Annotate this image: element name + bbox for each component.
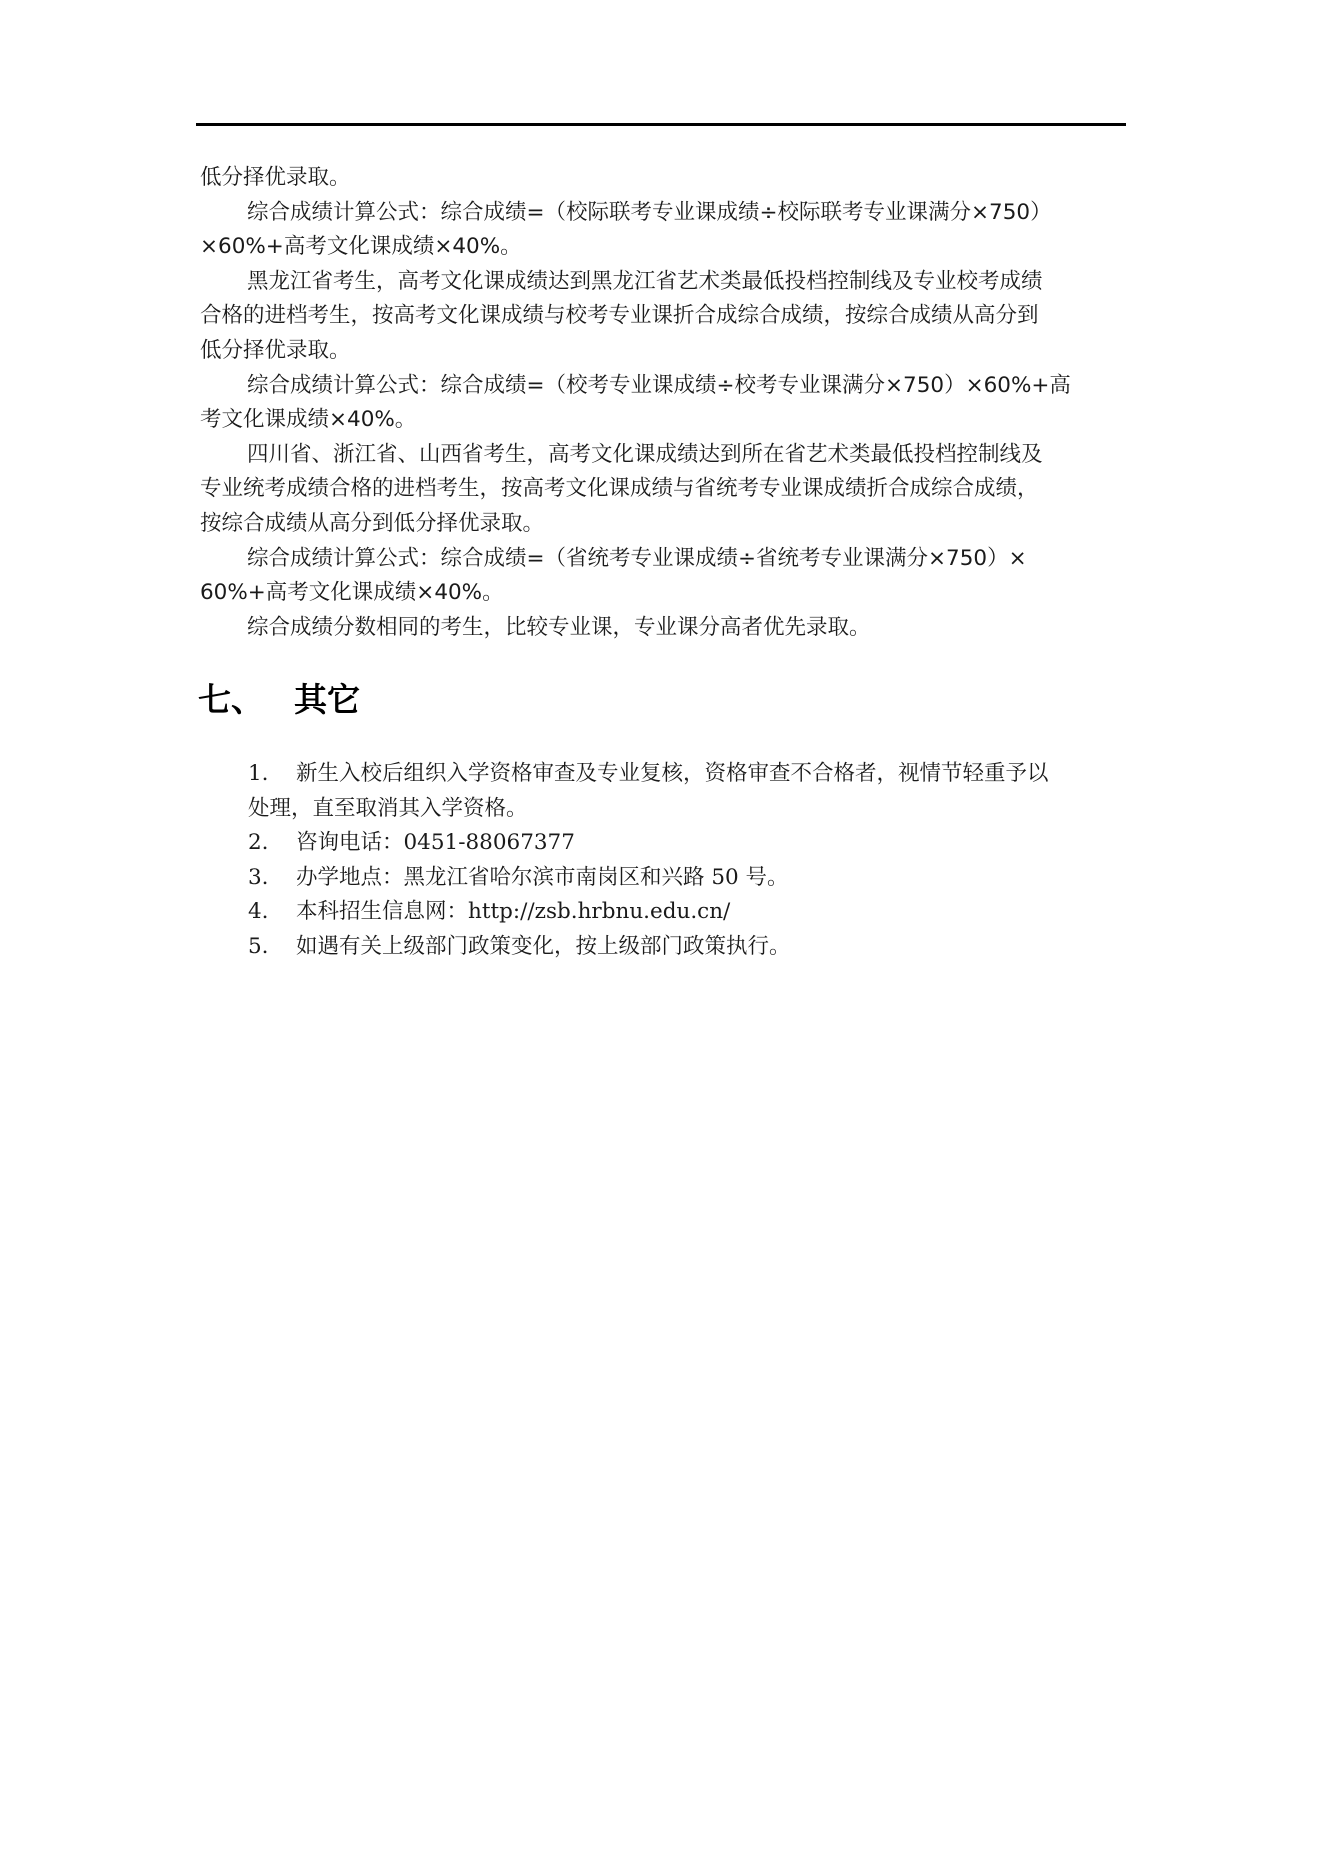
heilongjiang-candidates-paragraph: 黑龙江省考生，高考文化课成绩达到黑龙江省艺术类最低投档控制线及专业校考成绩 合格… bbox=[200, 265, 1130, 369]
section-heading: 七、其它 bbox=[198, 676, 360, 724]
list-item: 1.新生入校后组织入学资格审查及专业复核，资格审查不合格者，视情节轻重予以 处理… bbox=[248, 757, 1128, 826]
text-line: 按综合成绩从高分到低分择优录取。 bbox=[200, 507, 1130, 542]
text-line: 合格的进档考生，按高考文化课成绩与校考专业课折合成综合成绩，按综合成绩从高分到 bbox=[200, 299, 1130, 334]
list-marker: 5. bbox=[248, 930, 296, 965]
list-marker: 2. bbox=[248, 826, 296, 861]
text-line: 综合成绩计算公式：综合成绩=（校际联考专业课成绩÷校际联考专业课满分×750） bbox=[200, 196, 1130, 231]
formula-joint-exam-paragraph: 综合成绩计算公式：综合成绩=（校际联考专业课成绩÷校际联考专业课满分×750） … bbox=[200, 196, 1130, 265]
list-item-text: 办学地点：黑龙江省哈尔滨市南岗区和兴路 50 号。 bbox=[296, 865, 789, 890]
list-item: 3.办学地点：黑龙江省哈尔滨市南岗区和兴路 50 号。 bbox=[248, 861, 1128, 896]
text-line: 综合成绩计算公式：综合成绩=（省统考专业课成绩÷省统考专业课满分×750）× bbox=[200, 542, 1130, 577]
text-line: 综合成绩计算公式：综合成绩=（校考专业课成绩÷校考专业课满分×750）×60%+… bbox=[200, 369, 1130, 404]
list-marker: 4. bbox=[248, 895, 296, 930]
text-line: 综合成绩分数相同的考生，比较专业课，专业课分高者优先录取。 bbox=[200, 611, 1130, 646]
list-marker: 3. bbox=[248, 861, 296, 896]
list-item-text: 如遇有关上级部门政策变化，按上级部门政策执行。 bbox=[296, 934, 791, 959]
section-number: 七、 bbox=[198, 676, 294, 724]
formula-school-exam-paragraph: 综合成绩计算公式：综合成绩=（校考专业课成绩÷校考专业课满分×750）×60%+… bbox=[200, 369, 1130, 438]
text-line: 四川省、浙江省、山西省考生，高考文化课成绩达到所在省艺术类最低投档控制线及 bbox=[200, 438, 1130, 473]
header-rule-divider bbox=[196, 123, 1126, 126]
list-item: 5.如遇有关上级部门政策变化，按上级部门政策执行。 bbox=[248, 930, 1128, 965]
document-page: 低分择优录取。 综合成绩计算公式：综合成绩=（校际联考专业课成绩÷校际联考专业课… bbox=[0, 0, 1323, 1871]
list-item-text: 新生入校后组织入学资格审查及专业复核，资格审查不合格者，视情节轻重予以 bbox=[296, 761, 1049, 786]
text-line: 黑龙江省考生，高考文化课成绩达到黑龙江省艺术类最低投档控制线及专业校考成绩 bbox=[200, 265, 1130, 300]
list-item-text: 咨询电话：0451-88067377 bbox=[296, 830, 575, 855]
list-item: 2.咨询电话：0451-88067377 bbox=[248, 826, 1128, 861]
sichuan-zhejiang-shanxi-candidates-paragraph: 四川省、浙江省、山西省考生，高考文化课成绩达到所在省艺术类最低投档控制线及 专业… bbox=[200, 438, 1130, 542]
list-marker: 1. bbox=[248, 757, 296, 792]
text-line: 专业统考成绩合格的进档考生，按高考文化课成绩与省统考专业课成绩折合成综合成绩， bbox=[200, 472, 1130, 507]
formula-provincial-exam-paragraph: 综合成绩计算公式：综合成绩=（省统考专业课成绩÷省统考专业课满分×750）× 6… bbox=[200, 542, 1130, 611]
text-line: 低分择优录取。 bbox=[200, 161, 1130, 196]
text-line: ×60%+高考文化课成绩×40%。 bbox=[200, 230, 1130, 265]
list-item-link-text: 本科招生信息网：http://zsb.hrbnu.edu.cn/ bbox=[296, 899, 730, 924]
section-title: 其它 bbox=[294, 680, 360, 719]
list-item-text-continued: 处理，直至取消其入学资格。 bbox=[248, 792, 1128, 827]
list-item: 4.本科招生信息网：http://zsb.hrbnu.edu.cn/ bbox=[248, 895, 1128, 930]
section-list: 1.新生入校后组织入学资格审查及专业复核，资格审查不合格者，视情节轻重予以 处理… bbox=[248, 757, 1128, 965]
body-text: 低分择优录取。 综合成绩计算公式：综合成绩=（校际联考专业课成绩÷校际联考专业课… bbox=[200, 161, 1130, 645]
continuation-paragraph: 低分择优录取。 bbox=[200, 161, 1130, 196]
text-line: 考文化课成绩×40%。 bbox=[200, 403, 1130, 438]
text-line: 60%+高考文化课成绩×40%。 bbox=[200, 576, 1130, 611]
tie-break-rule-paragraph: 综合成绩分数相同的考生，比较专业课，专业课分高者优先录取。 bbox=[200, 611, 1130, 646]
text-line: 低分择优录取。 bbox=[200, 334, 1130, 369]
